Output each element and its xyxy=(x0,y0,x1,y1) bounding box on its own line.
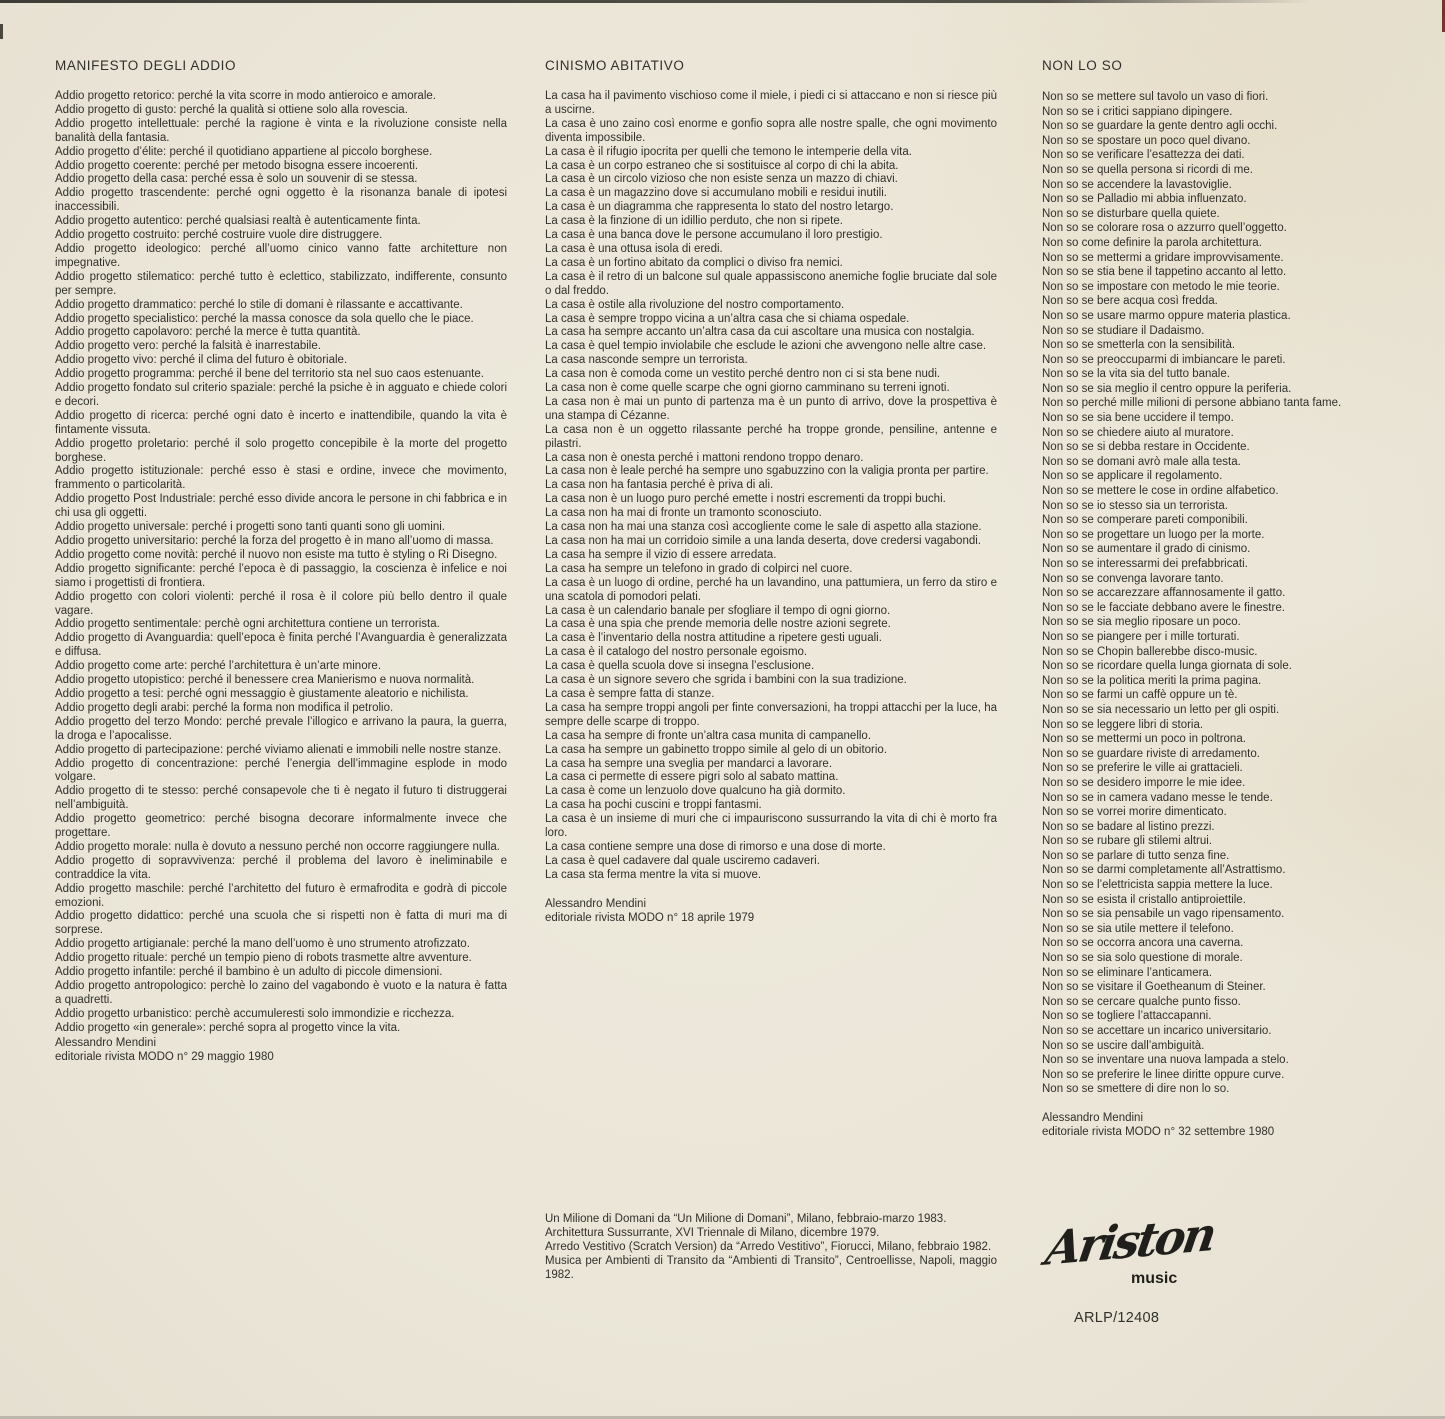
list-item: Non so se sia pensabile un vago ripensam… xyxy=(1042,907,1414,922)
list-item: Non so se usare marmo oppure materia pla… xyxy=(1042,309,1414,324)
list-item: La casa non ha mai una stanza così accog… xyxy=(545,521,997,535)
list-item: Non so se sia solo questione di morale. xyxy=(1042,951,1414,966)
list-item: Non so se guardare riviste di arredament… xyxy=(1042,747,1414,762)
list-item: Non so se sia meglio riposare un poco. xyxy=(1042,615,1414,630)
list-item: Non so se sia meglio il centro oppure la… xyxy=(1042,382,1414,397)
list-item: Non so se mettermi un poco in poltrona. xyxy=(1042,732,1414,747)
list-item: Non so se l’elettricista sappia mettere … xyxy=(1042,878,1414,893)
list-item: Addio progetto fondato sul criterio spaz… xyxy=(55,382,507,410)
column-non-lo-so: NON LO SO Non so se mettere sul tavolo u… xyxy=(1042,58,1414,1139)
list-item: Non so se domani avrò male alla testa. xyxy=(1042,455,1414,470)
list-item: Non so se mettermi a gridare improvvisam… xyxy=(1042,251,1414,266)
signature-author: Alessandro Mendini xyxy=(55,1036,507,1050)
list-item: Addio progetto capolavoro: perché la mer… xyxy=(55,326,507,340)
list-item: Addio progetto sentimentale: perchè ogni… xyxy=(55,618,507,632)
list-item: La casa è sempre troppo vicina a un’altr… xyxy=(545,313,997,327)
list-item: Addio progetto «in generale»: perché sop… xyxy=(55,1022,507,1036)
list-item: La casa è un corpo estraneo che si sosti… xyxy=(545,160,997,174)
list-item: Non so se desidero imporre le mie idee. xyxy=(1042,776,1414,791)
list-item: Non so se vorrei morire dimenticato. xyxy=(1042,805,1414,820)
list-item: Non so se io stesso sia un terrorista. xyxy=(1042,499,1414,514)
list-item: Addio progetto a tesi: perché ogni messa… xyxy=(55,688,507,702)
list-item: Addio progetto drammatico: perché lo sti… xyxy=(55,299,507,313)
list-item: Addio progetto autentico: perché qualsia… xyxy=(55,215,507,229)
list-item: Addio progetto Post Industriale: perché … xyxy=(55,493,507,521)
list-item: Non so se verificare l’esattezza dei dat… xyxy=(1042,148,1414,163)
list-item: La casa ha sempre una sveglia per mandar… xyxy=(545,758,997,772)
list-item: Non so se le facciate debbano avere le f… xyxy=(1042,601,1414,616)
list-item: La casa è il retro di un balcone sul qua… xyxy=(545,271,997,299)
list-item: Addio progetto retorico: perché la vita … xyxy=(55,90,507,104)
list-item: Addio progetto significante: perché l’ep… xyxy=(55,563,507,591)
list-item: Non so se la politica meriti la prima pa… xyxy=(1042,674,1414,689)
list-item: Non so se comperare pareti componibili. xyxy=(1042,513,1414,528)
list-item: La casa è una spia che prende memoria de… xyxy=(545,618,997,632)
list-item: Non so come definire la parola architett… xyxy=(1042,236,1414,251)
list-item: Addio progetto infantile: perché il bamb… xyxy=(55,966,507,980)
list-item: La casa è il catalogo del nostro persona… xyxy=(545,646,997,660)
list-item: La casa è sempre fatta di stanze. xyxy=(545,688,997,702)
list-item: Non so se in camera vadano messe le tend… xyxy=(1042,791,1414,806)
list-item: La casa non è leale perché ha sempre uno… xyxy=(545,465,997,479)
list-item: Non so se occorra ancora una caverna. xyxy=(1042,936,1414,951)
list-item: La casa ha sempre un gabinetto troppo si… xyxy=(545,744,997,758)
list-item: Addio progetto di partecipazione: perché… xyxy=(55,744,507,758)
credit-item: Architettura Sussurrante, XVI Triennale … xyxy=(545,1226,997,1240)
manifesto-list: Addio progetto retorico: perché la vita … xyxy=(55,90,507,1036)
list-item: La casa contiene sempre una dose di rimo… xyxy=(545,841,997,855)
list-item: La casa è un calendario banale per sfogl… xyxy=(545,605,997,619)
list-item: Non so se parlare di tutto senza fine. xyxy=(1042,849,1414,864)
list-item: Addio progetto stilematico: perché tutto… xyxy=(55,271,507,299)
column-title-manifesto: MANIFESTO DEGLI ADDIO xyxy=(55,58,507,73)
list-item: Non so se sia bene uccidere il tempo. xyxy=(1042,411,1414,426)
list-item: Non so se darmi completamente all’Astrat… xyxy=(1042,863,1414,878)
ariston-logo-script: Ariston xyxy=(1042,1206,1218,1276)
list-item: Non so se togliere l’attaccapanni. xyxy=(1042,1009,1414,1024)
scan-edge-top xyxy=(0,0,1310,3)
list-item: Non so se si debba restare in Occidente. xyxy=(1042,440,1414,455)
catalog-number: ARLP/12408 xyxy=(1074,1310,1414,1326)
list-item: Non so se mettere sul tavolo un vaso di … xyxy=(1042,90,1414,105)
list-item: La casa è un fortino abitato da complici… xyxy=(545,257,997,271)
signature-source: editoriale rivista MODO n° 18 aprile 197… xyxy=(545,911,997,925)
list-item: Non so se la vita sia del tutto banale. xyxy=(1042,367,1414,382)
list-item: La casa non ha mai un corridoio simile a… xyxy=(545,535,997,549)
list-item: Non so se eliminare l’anticamera. xyxy=(1042,966,1414,981)
list-item: Non so se smettere di dire non lo so. xyxy=(1042,1082,1414,1097)
column-title-nonloso: NON LO SO xyxy=(1042,58,1414,73)
list-item: Non so perché mille milioni di persone a… xyxy=(1042,396,1414,411)
list-item: Addio progetto come novità: perché il nu… xyxy=(55,549,507,563)
credit-item: Musica per Ambienti di Transito da “Ambi… xyxy=(545,1254,997,1282)
list-item: La casa non è onesta perché i mattoni re… xyxy=(545,452,997,466)
list-item: Non so se mettere le cose in ordine alfa… xyxy=(1042,484,1414,499)
list-item: La casa è una ottusa isola di eredi. xyxy=(545,243,997,257)
list-item: La casa è un circolo vizioso che non esi… xyxy=(545,173,997,187)
list-item: Non so se interessarmi dei prefabbricati… xyxy=(1042,557,1414,572)
list-item: Non so se disturbare quella quiete. xyxy=(1042,207,1414,222)
list-item: Non so se chiedere aiuto al muratore. xyxy=(1042,426,1414,441)
list-item: Addio progetto vivo: perché il clima del… xyxy=(55,354,507,368)
list-item: Addio progetto istituzionale: perché ess… xyxy=(55,465,507,493)
list-item: Non so se colorare rosa o azzurro quell’… xyxy=(1042,221,1414,236)
list-item: Non so se convenga lavorare tanto. xyxy=(1042,572,1414,587)
list-item: Non so se accarezzare affannosamente il … xyxy=(1042,586,1414,601)
list-item: Addio progetto costruito: perché costrui… xyxy=(55,229,507,243)
list-item: La casa ha sempre accanto un’altra casa … xyxy=(545,326,997,340)
list-item: Addio progetto come arte: perché l’archi… xyxy=(55,660,507,674)
list-item: La casa ha il pavimento vischioso come i… xyxy=(545,90,997,118)
list-item: Non so se inventare una nuova lampada a … xyxy=(1042,1053,1414,1068)
list-item: Addio progetto degli arabi: perché la fo… xyxy=(55,702,507,716)
list-item: Addio progetto universitario: perché la … xyxy=(55,535,507,549)
list-item: La casa è un insieme di muri che ci impa… xyxy=(545,813,997,841)
list-item: Addio progetto ideologico: perché all’uo… xyxy=(55,243,507,271)
nonloso-list: Non so se mettere sul tavolo un vaso di … xyxy=(1042,90,1414,1097)
list-item: Non so se studiare il Dadaismo. xyxy=(1042,324,1414,339)
list-item: Addio progetto proletario: perché il sol… xyxy=(55,438,507,466)
list-item: Non so se preoccuparmi di imbiancare le … xyxy=(1042,353,1414,368)
list-item: Non so se applicare il regolamento. xyxy=(1042,469,1414,484)
list-item: La casa non è un luogo puro perché emett… xyxy=(545,493,997,507)
list-item: Addio progetto intellettuale: perché la … xyxy=(55,118,507,146)
list-item: Non so se cercare qualche punto fisso. xyxy=(1042,995,1414,1010)
cinismo-list: La casa ha il pavimento vischioso come i… xyxy=(545,90,997,883)
list-item: La casa non è comoda come un vestito per… xyxy=(545,368,997,382)
list-item: Non so se i critici sappiano dipingere. xyxy=(1042,105,1414,120)
record-label-block: Ariston music ARLP/12408 xyxy=(1042,1222,1414,1326)
list-item: La casa è un magazzino dove si accumulan… xyxy=(545,187,997,201)
list-item: Addio progetto maschile: perché l’archit… xyxy=(55,883,507,911)
list-item: Non so se leggere libri di storia. xyxy=(1042,718,1414,733)
list-item: La casa ha sempre un telefono in grado d… xyxy=(545,563,997,577)
signature-source: editoriale rivista MODO n° 29 maggio 198… xyxy=(55,1050,507,1064)
list-item: Non so se preferire le linee diritte opp… xyxy=(1042,1068,1414,1083)
list-item: La casa è quella scuola dove si insegna … xyxy=(545,660,997,674)
ariston-logo-music: music xyxy=(1131,1270,1177,1288)
list-item: La casa non è un oggetto rilassante perc… xyxy=(545,424,997,452)
credit-item: Un Milione di Domani da “Un Milione di D… xyxy=(545,1212,997,1226)
list-item: Addio progetto del terzo Mondo: perché p… xyxy=(55,716,507,744)
list-item: La casa è ostile alla rivoluzione del no… xyxy=(545,299,997,313)
list-item: Addio progetto urbanistico: perchè accum… xyxy=(55,1008,507,1022)
column-manifesto-degli-addio: MANIFESTO DEGLI ADDIO Addio progetto ret… xyxy=(55,58,507,1064)
list-item: Non so se quella persona si ricordi di m… xyxy=(1042,163,1414,178)
list-item: La casa è uno zaino così enorme e gonfio… xyxy=(545,118,997,146)
list-item: Non so se Chopin ballerebbe disco-music. xyxy=(1042,645,1414,660)
list-item: Non so se accettare un incarico universi… xyxy=(1042,1024,1414,1039)
list-item: La casa sta ferma mentre la vita si muov… xyxy=(545,869,997,883)
list-item: La casa è un luogo di ordine, perché ha … xyxy=(545,577,997,605)
list-item: La casa è l’inventario della nostra atti… xyxy=(545,632,997,646)
list-item: Non so se bere acqua così fredda. xyxy=(1042,294,1414,309)
list-item: Addio progetto utopistico: perché il ben… xyxy=(55,674,507,688)
list-item: Addio progetto di concentrazione: perché… xyxy=(55,758,507,786)
list-item: Non so se progettare un luogo per la mor… xyxy=(1042,528,1414,543)
list-item: Non so se impostare con metodo le mie te… xyxy=(1042,280,1414,295)
signature-source: editoriale rivista MODO n° 32 settembre … xyxy=(1042,1125,1414,1139)
credit-item: Arredo Vestitivo (Scratch Version) da “A… xyxy=(545,1240,997,1254)
list-item: Non so se stia bene il tappetino accanto… xyxy=(1042,265,1414,280)
signature-nonloso: Alessandro Mendini editoriale rivista MO… xyxy=(1042,1111,1414,1139)
list-item: Addio progetto della casa: perché essa è… xyxy=(55,173,507,187)
list-item: Non so se smetterla con la sensibilità. xyxy=(1042,338,1414,353)
list-item: Addio progetto di gusto: perché la quali… xyxy=(55,104,507,118)
list-item: Addio progetto universale: perché i prog… xyxy=(55,521,507,535)
signature-cinismo: Alessandro Mendini editoriale rivista MO… xyxy=(545,897,997,925)
list-item: Addio progetto coerente: perché per meto… xyxy=(55,160,507,174)
list-item: La casa non ha mai di fronte un tramonto… xyxy=(545,507,997,521)
list-item: Addio progetto geometrico: perché bisogn… xyxy=(55,813,507,841)
list-item: La casa è quel cadavere dal quale uscire… xyxy=(545,855,997,869)
list-item: Non so se rubare gli stilemi altrui. xyxy=(1042,834,1414,849)
list-item: La casa non è mai un punto di partenza m… xyxy=(545,396,997,424)
scan-edge-left-mark xyxy=(0,24,3,39)
list-item: Non so se preferire le ville ai grattaci… xyxy=(1042,761,1414,776)
list-item: Addio progetto specialistico: perché la … xyxy=(55,313,507,327)
list-item: La casa è un signore severo che sgrida i… xyxy=(545,674,997,688)
list-item: Non so se spostare un poco quel divano. xyxy=(1042,134,1414,149)
list-item: Non so se accendere la lavastoviglie. xyxy=(1042,178,1414,193)
column-cinismo-abitativo: CINISMO ABITATIVO La casa ha il paviment… xyxy=(545,58,997,925)
list-item: Non so se sia necessario un letto per gl… xyxy=(1042,703,1414,718)
list-item: Addio progetto vero: perché la falsità è… xyxy=(55,340,507,354)
signature-author: Alessandro Mendini xyxy=(545,897,997,911)
list-item: Addio progetto rituale: perché un tempio… xyxy=(55,952,507,966)
list-item: Non so se esista il cristallo antiproiet… xyxy=(1042,893,1414,908)
list-item: La casa nasconde sempre un terrorista. xyxy=(545,354,997,368)
list-item: Non so se piangere per i mille torturati… xyxy=(1042,630,1414,645)
list-item: Addio progetto didattico: perché una scu… xyxy=(55,910,507,938)
list-item: Addio progetto trascendente: perché ogni… xyxy=(55,187,507,215)
project-credits: Un Milione di Domani da “Un Milione di D… xyxy=(545,1212,997,1282)
list-item: Addio progetto antropologico: perchè lo … xyxy=(55,980,507,1008)
list-item: Non so se farmi un caffè oppure un tè. xyxy=(1042,688,1414,703)
list-item: La casa ha pochi cuscini e troppi fantas… xyxy=(545,799,997,813)
list-item: La casa ha sempre di fronte un’altra cas… xyxy=(545,730,997,744)
list-item: Addio progetto di sopravvivenza: perché … xyxy=(55,855,507,883)
list-item: Non so se visitare il Goetheanum di Stei… xyxy=(1042,980,1414,995)
list-item: Addio progetto di Avanguardia: quell’epo… xyxy=(55,632,507,660)
list-item: Addio progetto di ricerca: perché ogni d… xyxy=(55,410,507,438)
list-item: La casa è un diagramma che rappresenta l… xyxy=(545,201,997,215)
list-item: La casa ci permette di essere pigri solo… xyxy=(545,771,997,785)
signature-manifesto: Alessandro Mendini editoriale rivista MO… xyxy=(55,1036,507,1064)
list-item: La casa ha sempre troppi angoli per fint… xyxy=(545,702,997,730)
column-title-cinismo: CINISMO ABITATIVO xyxy=(545,58,997,73)
list-item: Non so se badare al listino prezzi. xyxy=(1042,820,1414,835)
list-item: Addio progetto d’élite: perché il quotid… xyxy=(55,146,507,160)
list-item: Addio progetto programma: perché il bene… xyxy=(55,368,507,382)
list-item: La casa non ha fantasia perché è priva d… xyxy=(545,479,997,493)
list-item: Non so se Palladio mi abbia influenzato. xyxy=(1042,192,1414,207)
list-item: Addio progetto con colori violenti: perc… xyxy=(55,591,507,619)
list-item: La casa è la finzione di un idillio perd… xyxy=(545,215,997,229)
list-item: La casa è il rifugio ipocrita per quelli… xyxy=(545,146,997,160)
ariston-music-logo: Ariston music xyxy=(1042,1222,1242,1294)
list-item: Non so se uscire dall’ambiguità. xyxy=(1042,1039,1414,1054)
list-item: Non so se ricordare quella lunga giornat… xyxy=(1042,659,1414,674)
list-item: Non so se sia utile mettere il telefono. xyxy=(1042,922,1414,937)
signature-author: Alessandro Mendini xyxy=(1042,1111,1414,1125)
list-item: La casa è quel tempio inviolabile che es… xyxy=(545,340,997,354)
list-item: Addio progetto artigianale: perché la ma… xyxy=(55,938,507,952)
list-item: La casa è una banca dove le persone accu… xyxy=(545,229,997,243)
list-item: La casa è come un lenzuolo dove qualcuno… xyxy=(545,785,997,799)
list-item: Non so se guardare la gente dentro agli … xyxy=(1042,119,1414,134)
list-item: La casa ha sempre il vizio di essere arr… xyxy=(545,549,997,563)
list-item: Non so se aumentare il grado di cinismo. xyxy=(1042,542,1414,557)
list-item: Addio progetto di te stesso: perché cons… xyxy=(55,785,507,813)
list-item: Addio progetto morale: nulla è dovuto a … xyxy=(55,841,507,855)
list-item: La casa non è come quelle scarpe che ogn… xyxy=(545,382,997,396)
